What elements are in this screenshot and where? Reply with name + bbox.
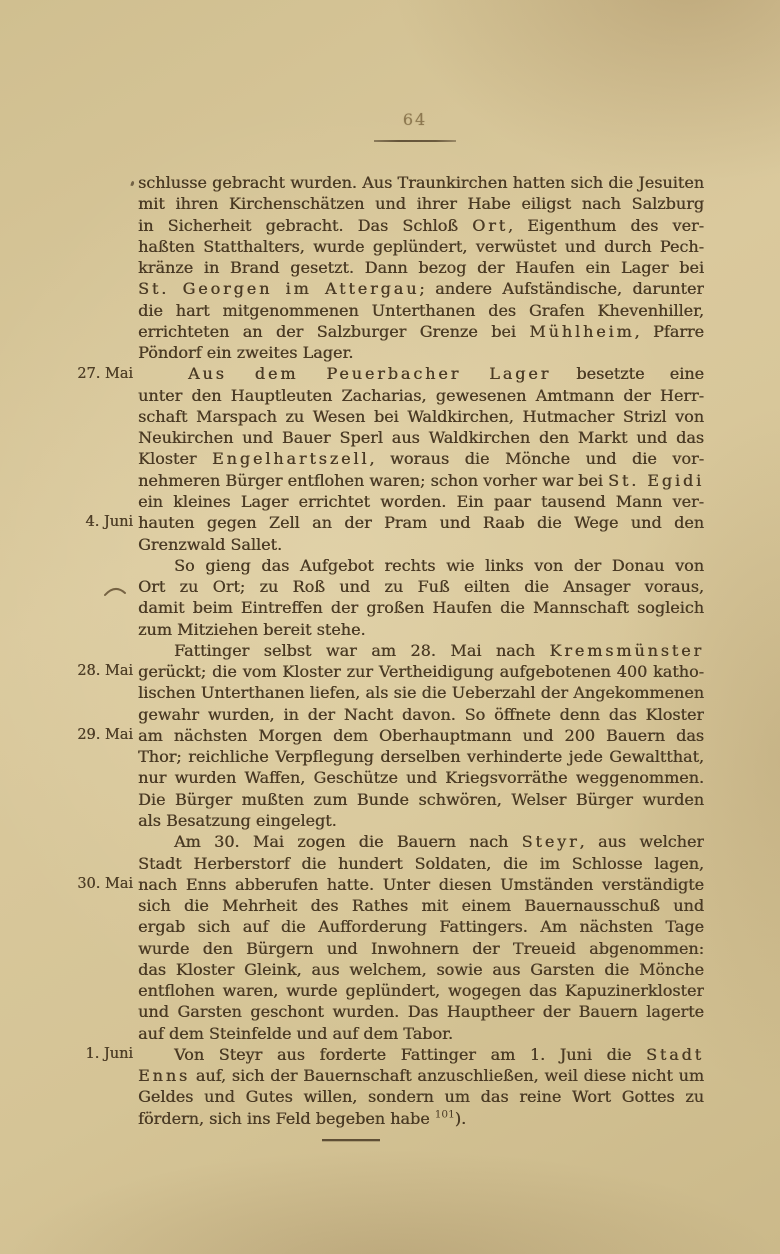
- text-segment: am nächsten Morgen dem Oberhauptmann und…: [138, 726, 704, 745]
- text-line: am nächsten Morgen dem Oberhauptmann und…: [138, 725, 704, 746]
- body-text: schlusse gebracht wurden. Aus Traunkirch…: [138, 172, 704, 1129]
- text-segment: kränze in Brand gesetzt. Dann bezog der …: [138, 258, 704, 277]
- text-line: Grenzwald Sallet.: [138, 534, 704, 555]
- text-segment: Am 30. Mai zogen die Bauern nach: [174, 832, 522, 851]
- text-segment: Fattinger selbst war am 28. Mai nach: [174, 641, 549, 660]
- footnote-ref: 101: [435, 1108, 455, 1120]
- margin-date-note: 28. Mai: [36, 661, 133, 682]
- text-segment: errichteten an der Salzburger Grenze bei: [138, 322, 529, 341]
- emphasized-text: Engelhartszell: [212, 449, 369, 468]
- text-segment: sich die Mehrheit des Rathes mit einem B…: [138, 896, 704, 915]
- text-segment: mit ihren Kirchenschätzen und ihrer Habe…: [138, 194, 704, 213]
- emphasized-text: Steyr: [522, 832, 580, 851]
- text-segment: nur wurden Waffen, Geschütze und Kriegsv…: [138, 768, 704, 787]
- margin-date-note: 27. Mai: [36, 364, 133, 385]
- emphasized-text: Ort: [472, 216, 508, 235]
- text-line: Kloster Engelhartszell, woraus die Mönch…: [138, 448, 704, 469]
- text-segment: Neukirchen und Bauer Sperl aus Waldkirch…: [138, 428, 704, 447]
- margin-date-note: 1. Juni: [36, 1044, 133, 1065]
- text-line: gewahr wurden, in der Nacht davon. So öf…: [138, 704, 704, 725]
- ink-speck: [130, 181, 134, 187]
- text-line: Von Steyr aus forderte Fattinger am 1. J…: [138, 1044, 704, 1065]
- text-segment: gewahr wurden, in der Nacht davon. So öf…: [138, 705, 704, 724]
- text-line: nur wurden Waffen, Geschütze und Kriegsv…: [138, 767, 704, 788]
- text-segment: wurde den Bürgern und Inwohnern der Treu…: [138, 939, 704, 958]
- text-line: mit ihren Kirchenschätzen und ihrer Habe…: [138, 193, 704, 214]
- text-line: die hart mitgenommenen Unterthanen des G…: [138, 300, 704, 321]
- text-line: haßten Statthalters, wurde geplündert, v…: [138, 236, 704, 257]
- text-line: schlusse gebracht wurden. Aus Traunkirch…: [138, 172, 704, 193]
- text-line: damit beim Eintreffen der großen Haufen …: [138, 597, 704, 618]
- text-segment: schlusse gebracht wurden. Aus Traunkirch…: [138, 173, 704, 192]
- text-line: nach Enns abberufen hatte. Unter diesen …: [138, 874, 704, 895]
- emphasized-text: Kremsmünster: [549, 641, 704, 660]
- text-segment: Von Steyr aus forderte Fattinger am 1. J…: [174, 1045, 646, 1064]
- margin-date-note: 30. Mai: [36, 874, 133, 895]
- text-segment: nehmeren Bürger entflohen waren; schon v…: [138, 471, 608, 490]
- text-line: errichteten an der Salzburger Grenze bei…: [138, 321, 704, 342]
- text-line: schaft Marspach zu Wesen bei Waldkirchen…: [138, 406, 704, 427]
- text-segment: , woraus die Mönche und die vor-: [369, 449, 704, 468]
- text-line: Geldes und Gutes willen, sondern um das …: [138, 1086, 704, 1107]
- text-line: St. Georgen im Attergau; andere Aufständ…: [138, 278, 704, 299]
- text-line: Ort zu Ort; zu Roß und zu Fuß eilten die…: [138, 576, 704, 597]
- text-line: ergab sich auf die Aufforderung Fattinge…: [138, 916, 704, 937]
- text-segment: Ort zu Ort; zu Roß und zu Fuß eilten die…: [138, 577, 704, 596]
- text-line: Fattinger selbst war am 28. Mai nach Kre…: [138, 640, 704, 661]
- emphasized-text: Enns: [138, 1066, 190, 1085]
- text-line: Thor; reichliche Verpflegung derselben v…: [138, 746, 704, 767]
- text-line: hauten gegen Zell an der Pram und Raab d…: [138, 512, 704, 533]
- text-segment: unter den Hauptleuten Zacharias, gewesen…: [138, 386, 704, 405]
- text-segment: auf, sich der Bauernschaft anzuschließen…: [190, 1066, 704, 1085]
- text-segment: Kloster: [138, 449, 212, 468]
- section-end-divider: [322, 1139, 380, 1141]
- margin-date-note: 29. Mai: [36, 725, 133, 746]
- text-segment: , aus welcher: [580, 832, 704, 851]
- text-line: nehmeren Bürger entflohen waren; schon v…: [138, 470, 704, 491]
- text-segment: gerückt; die vom Kloster zur Vertheidigu…: [138, 662, 704, 681]
- text-line: Neukirchen und Bauer Sperl aus Waldkirch…: [138, 427, 704, 448]
- text-segment: , Pfarre: [635, 322, 704, 341]
- text-line: Aus dem Peuerbacher Lager besetzte eine …: [138, 363, 704, 384]
- text-segment: haßten Statthalters, wurde geplündert, v…: [138, 237, 704, 256]
- emphasized-text: Aus dem Peuerbacher Lager: [188, 364, 551, 383]
- text-segment: und Garsten geschont wurden. Das Haupthe…: [138, 1002, 704, 1021]
- text-line: Pöndorf ein zweites Lager.: [138, 342, 704, 363]
- text-segment: ein kleines Lager errichtet worden. Ein …: [138, 492, 704, 511]
- text-segment: , Eigenthum des ver-: [508, 216, 704, 235]
- text-segment: hauten gegen Zell an der Pram und Raab d…: [138, 513, 704, 532]
- text-line: wurde den Bürgern und Inwohnern der Treu…: [138, 938, 704, 959]
- text-segment: als Besatzung eingelegt.: [138, 811, 337, 830]
- text-segment: So gieng das Aufgebot rechts wie links v…: [174, 556, 704, 575]
- text-segment: nach Enns abberufen hatte. Unter diesen …: [138, 875, 704, 894]
- page-number-rule: [374, 140, 456, 142]
- text-line: Die Bürger mußten zum Bunde schwören, We…: [138, 789, 704, 810]
- text-line: kränze in Brand gesetzt. Dann bezog der …: [138, 257, 704, 278]
- text-line: in Sicherheit gebracht. Das Schloß Ort, …: [138, 215, 704, 236]
- text-segment: entflohen waren, wurde geplündert, wogeg…: [138, 981, 704, 1000]
- text-line: Enns auf, sich der Bauernschaft anzuschl…: [138, 1065, 704, 1086]
- text-line: zum Mitziehen bereit stehe.: [138, 619, 704, 640]
- book-page: 64 schlusse gebracht wurden. Aus Traunki…: [0, 0, 780, 1254]
- text-segment: in Sicherheit gebracht. Das Schloß: [138, 216, 472, 235]
- text-line: und Garsten geschont wurden. Das Haupthe…: [138, 1001, 704, 1022]
- text-segment: Geldes und Gutes willen, sondern um das …: [138, 1087, 704, 1106]
- emphasized-text: St. Georgen im Attergau: [138, 279, 419, 298]
- text-line: auf dem Steinfelde und auf dem Tabor.: [138, 1023, 704, 1044]
- text-line: lischen Unterthanen liefen, als sie die …: [138, 682, 704, 703]
- text-segment: fördern, sich ins Feld begeben habe: [138, 1109, 435, 1128]
- margin-date-note: 4. Juni: [36, 512, 133, 533]
- text-line: als Besatzung eingelegt.: [138, 810, 704, 831]
- text-line: ein kleines Lager errichtet worden. Ein …: [138, 491, 704, 512]
- text-line: sich die Mehrheit des Rathes mit einem B…: [138, 895, 704, 916]
- text-line: gerückt; die vom Kloster zur Vertheidigu…: [138, 661, 704, 682]
- handwritten-arc-mark: [102, 583, 128, 599]
- text-segment: das Kloster Gleink, aus welchem, sowie a…: [138, 960, 704, 979]
- emphasized-text: Mühlheim: [529, 322, 634, 341]
- text-segment: Die Bürger mußten zum Bunde schwören, We…: [138, 790, 704, 809]
- text-segment: zum Mitziehen bereit stehe.: [138, 620, 366, 639]
- text-segment: auf dem Steinfelde und auf dem Tabor.: [138, 1024, 453, 1043]
- text-segment: die hart mitgenommenen Unterthanen des G…: [138, 301, 704, 320]
- emphasized-text: Stadt: [646, 1045, 704, 1064]
- text-line: So gieng das Aufgebot rechts wie links v…: [138, 555, 704, 576]
- text-segment: Stadt Herberstorf die hundert Soldaten, …: [138, 854, 704, 873]
- page-number: 64: [403, 110, 427, 129]
- text-line: das Kloster Gleink, aus welchem, sowie a…: [138, 959, 704, 980]
- text-line: entflohen waren, wurde geplündert, wogeg…: [138, 980, 704, 1001]
- text-segment: schaft Marspach zu Wesen bei Waldkirchen…: [138, 407, 704, 426]
- text-line: unter den Hauptleuten Zacharias, gewesen…: [138, 385, 704, 406]
- text-segment: Grenzwald Sallet.: [138, 535, 282, 554]
- text-segment: ; andere Aufständische, darunter: [419, 279, 704, 298]
- text-segment: Thor; reichliche Verpflegung derselben v…: [138, 747, 704, 766]
- text-line: Stadt Herberstorf die hundert Soldaten, …: [138, 853, 704, 874]
- text-segment: ).: [455, 1109, 466, 1128]
- text-segment: Pöndorf ein zweites Lager.: [138, 343, 353, 362]
- text-segment: damit beim Eintreffen der großen Haufen …: [138, 598, 704, 617]
- text-segment: lischen Unterthanen liefen, als sie die …: [138, 683, 704, 702]
- text-segment: ergab sich auf die Aufforderung Fattinge…: [138, 917, 704, 936]
- text-line: Am 30. Mai zogen die Bauern nach Steyr, …: [138, 831, 704, 852]
- page-header: 64: [375, 110, 455, 129]
- emphasized-text: St. Egidi: [608, 471, 704, 490]
- text-line: fördern, sich ins Feld begeben habe 101)…: [138, 1108, 704, 1129]
